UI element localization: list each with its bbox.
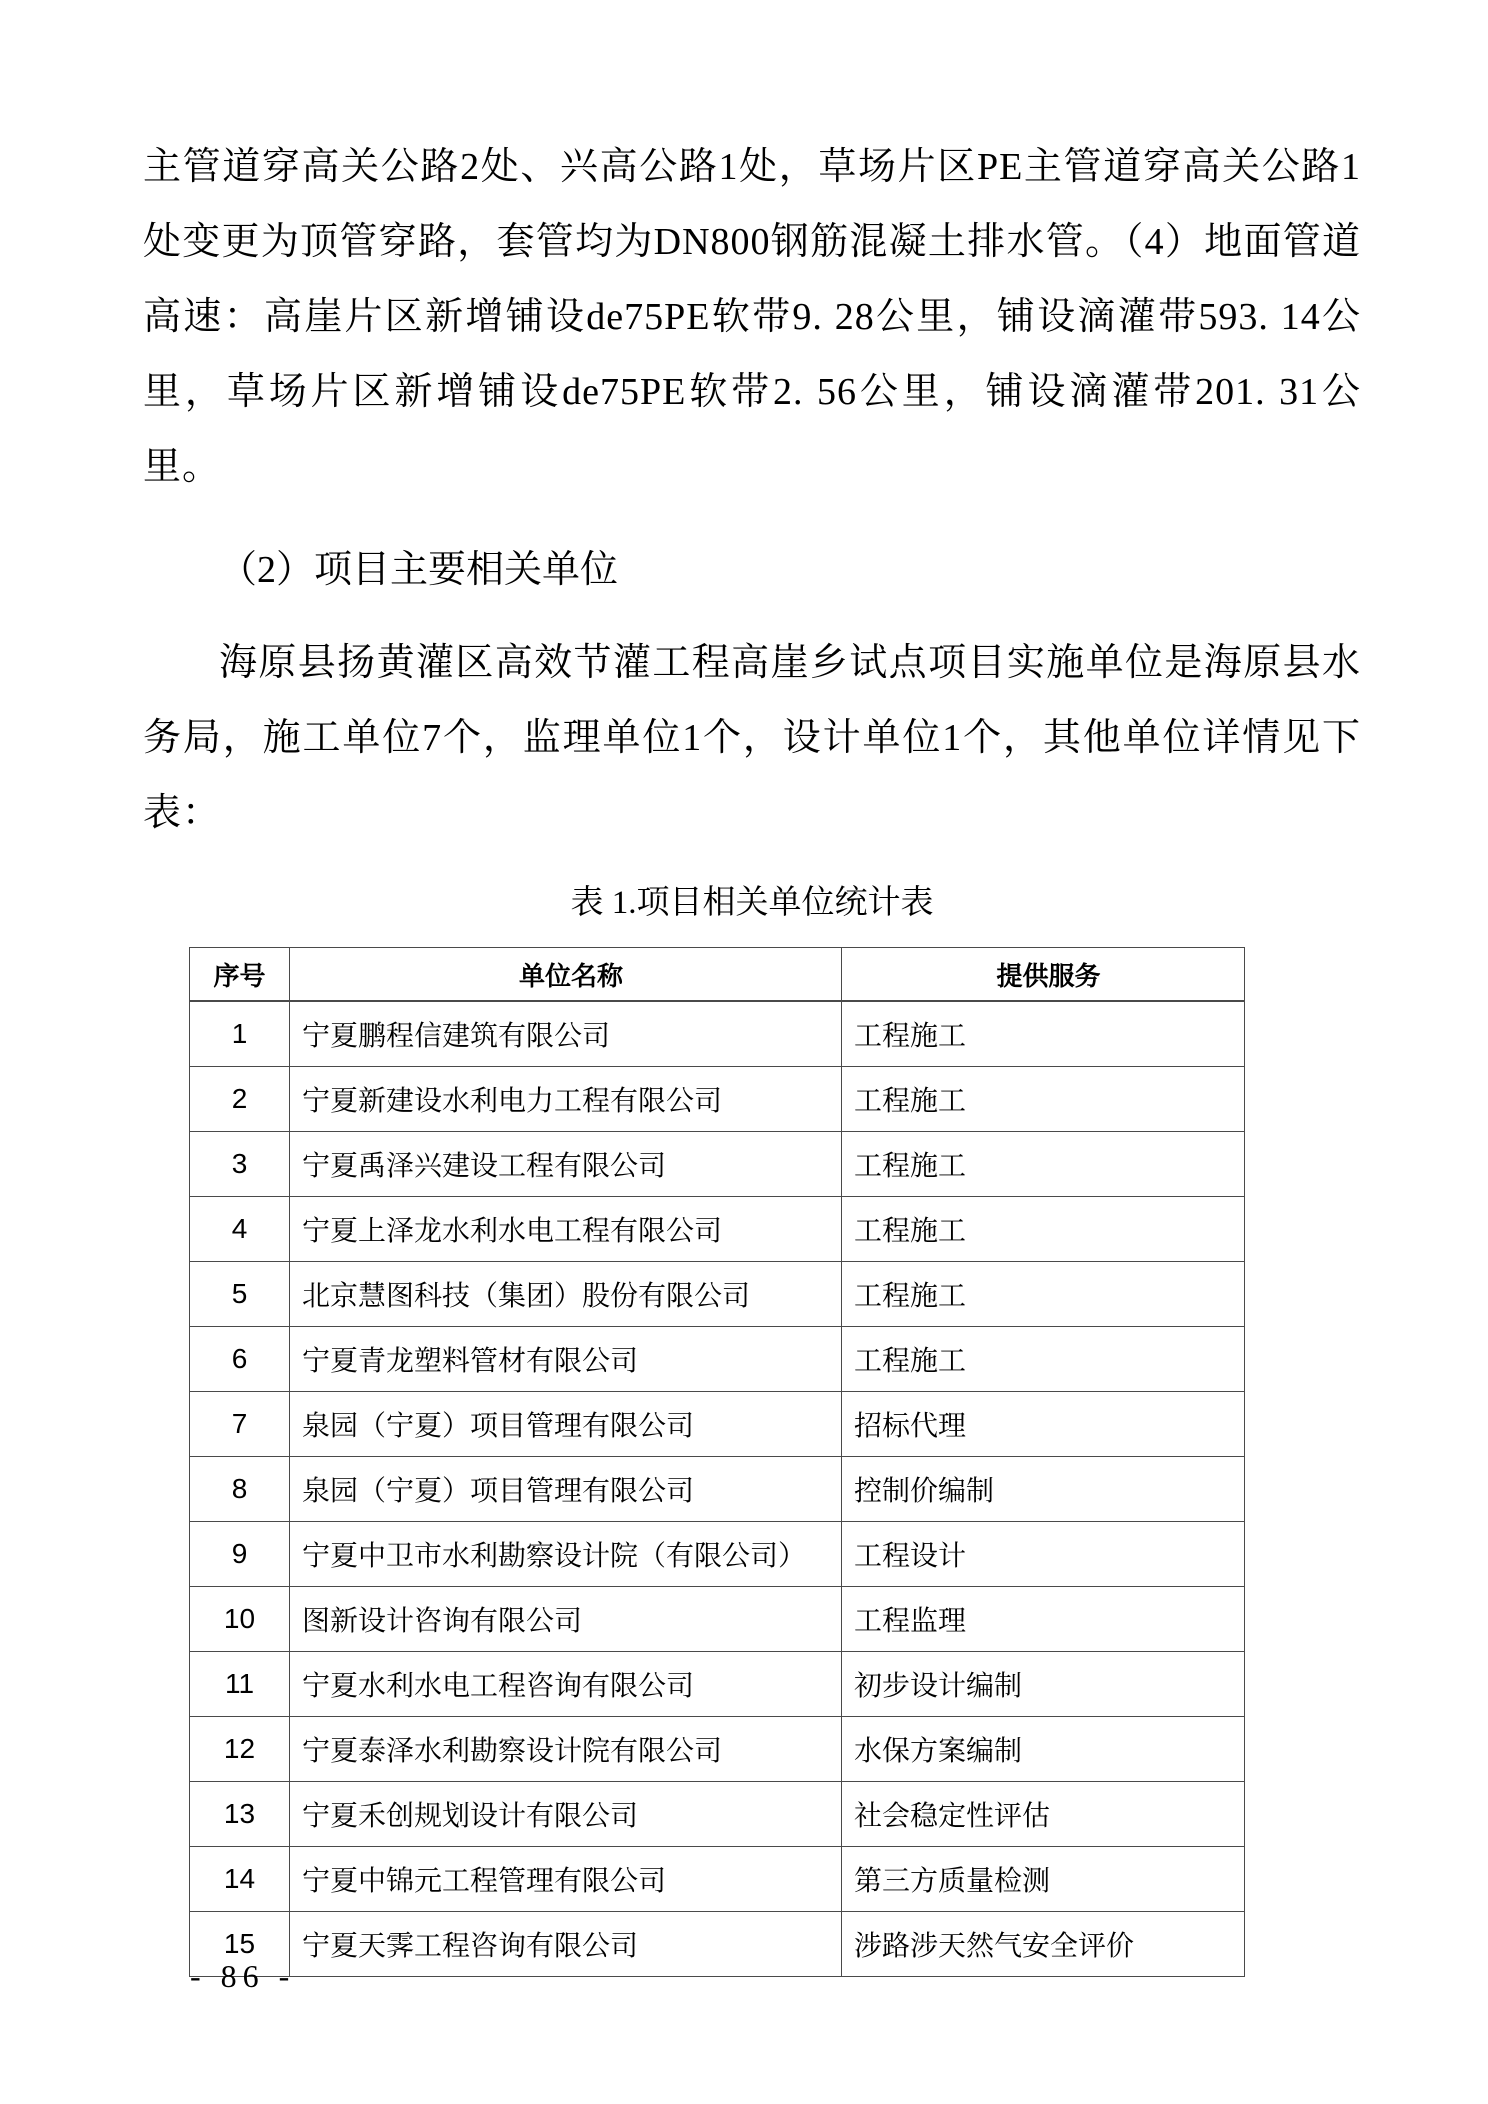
page-number: - 86 - bbox=[190, 1958, 295, 1995]
table-row: 4宁夏上泽龙水利水电工程有限公司工程施工 bbox=[190, 1197, 1245, 1262]
table-row: 15宁夏天霁工程咨询有限公司涉路涉天然气安全评价 bbox=[190, 1912, 1245, 1977]
row-serial-number: 11 bbox=[190, 1652, 290, 1717]
row-service-provided: 涉路涉天然气安全评价 bbox=[842, 1912, 1245, 1977]
row-service-provided: 工程施工 bbox=[842, 1132, 1245, 1197]
table-row: 6宁夏青龙塑料管材有限公司工程施工 bbox=[190, 1327, 1245, 1392]
row-unit-name: 宁夏鹏程信建筑有限公司 bbox=[290, 1001, 842, 1067]
paragraph-project-units: 海原县扬黄灌区高效节灌工程高崖乡试点项目实施单位是海原县水务局，施工单位7个，监… bbox=[143, 626, 1361, 851]
header-row: 序号 单位名称 提供服务 bbox=[190, 948, 1245, 1002]
row-service-provided: 工程施工 bbox=[842, 1067, 1245, 1132]
row-unit-name: 宁夏天霁工程咨询有限公司 bbox=[290, 1912, 842, 1977]
row-serial-number: 6 bbox=[190, 1327, 290, 1392]
row-serial-number: 8 bbox=[190, 1457, 290, 1522]
table-row: 7泉园（宁夏）项目管理有限公司招标代理 bbox=[190, 1392, 1245, 1457]
row-serial-number: 14 bbox=[190, 1847, 290, 1912]
header-service-provided: 提供服务 bbox=[842, 948, 1245, 1002]
table-row: 13宁夏禾创规划设计有限公司社会稳定性评估 bbox=[190, 1782, 1245, 1847]
document-page: 主管道穿高关公路2处、兴高公路1处，草场片区PE主管道穿高关公路1处变更为顶管穿… bbox=[0, 0, 1488, 2104]
row-serial-number: 9 bbox=[190, 1522, 290, 1587]
row-unit-name: 图新设计咨询有限公司 bbox=[290, 1587, 842, 1652]
row-serial-number: 13 bbox=[190, 1782, 290, 1847]
table-row: 12宁夏泰泽水利勘察设计院有限公司水保方案编制 bbox=[190, 1717, 1245, 1782]
row-service-provided: 工程监理 bbox=[842, 1587, 1245, 1652]
row-serial-number: 7 bbox=[190, 1392, 290, 1457]
row-unit-name: 宁夏泰泽水利勘察设计院有限公司 bbox=[290, 1717, 842, 1782]
row-unit-name: 宁夏青龙塑料管材有限公司 bbox=[290, 1327, 842, 1392]
row-service-provided: 初步设计编制 bbox=[842, 1652, 1245, 1717]
row-service-provided: 工程施工 bbox=[842, 1262, 1245, 1327]
row-service-provided: 工程设计 bbox=[842, 1522, 1245, 1587]
row-unit-name: 泉园（宁夏）项目管理有限公司 bbox=[290, 1392, 842, 1457]
row-service-provided: 社会稳定性评估 bbox=[842, 1782, 1245, 1847]
row-service-provided: 招标代理 bbox=[842, 1392, 1245, 1457]
row-unit-name: 宁夏禹泽兴建设工程有限公司 bbox=[290, 1132, 842, 1197]
table-row: 10图新设计咨询有限公司工程监理 bbox=[190, 1587, 1245, 1652]
table-row: 3宁夏禹泽兴建设工程有限公司工程施工 bbox=[190, 1132, 1245, 1197]
table-row: 2宁夏新建设水利电力工程有限公司工程施工 bbox=[190, 1067, 1245, 1132]
row-serial-number: 12 bbox=[190, 1717, 290, 1782]
row-unit-name: 北京慧图科技（集团）股份有限公司 bbox=[290, 1262, 842, 1327]
header-unit-name: 单位名称 bbox=[290, 948, 842, 1002]
table-row: 11宁夏水利水电工程咨询有限公司初步设计编制 bbox=[190, 1652, 1245, 1717]
row-serial-number: 5 bbox=[190, 1262, 290, 1327]
row-unit-name: 宁夏上泽龙水利水电工程有限公司 bbox=[290, 1197, 842, 1262]
row-service-provided: 水保方案编制 bbox=[842, 1717, 1245, 1782]
row-unit-name: 宁夏中卫市水利勘察设计院（有限公司） bbox=[290, 1522, 842, 1587]
row-service-provided: 工程施工 bbox=[842, 1197, 1245, 1262]
row-service-provided: 工程施工 bbox=[842, 1327, 1245, 1392]
row-serial-number: 2 bbox=[190, 1067, 290, 1132]
row-unit-name: 宁夏新建设水利电力工程有限公司 bbox=[290, 1067, 842, 1132]
section-heading: （2）项目主要相关单位 bbox=[143, 533, 1361, 608]
row-unit-name: 宁夏水利水电工程咨询有限公司 bbox=[290, 1652, 842, 1717]
units-table-body: 1宁夏鹏程信建筑有限公司工程施工2宁夏新建设水利电力工程有限公司工程施工3宁夏禹… bbox=[190, 1001, 1245, 1977]
row-serial-number: 1 bbox=[190, 1001, 290, 1067]
row-service-provided: 工程施工 bbox=[842, 1001, 1245, 1067]
row-service-provided: 第三方质量检测 bbox=[842, 1847, 1245, 1912]
table-row: 14宁夏中锦元工程管理有限公司第三方质量检测 bbox=[190, 1847, 1245, 1912]
row-serial-number: 4 bbox=[190, 1197, 290, 1262]
document-content: 主管道穿高关公路2处、兴高公路1处，草场片区PE主管道穿高关公路1处变更为顶管穿… bbox=[143, 130, 1361, 1977]
paragraph-pipeline-details: 主管道穿高关公路2处、兴高公路1处，草场片区PE主管道穿高关公路1处变更为顶管穿… bbox=[143, 130, 1361, 505]
table-row: 1宁夏鹏程信建筑有限公司工程施工 bbox=[190, 1001, 1245, 1067]
row-unit-name: 泉园（宁夏）项目管理有限公司 bbox=[290, 1457, 842, 1522]
units-table: 序号 单位名称 提供服务 1宁夏鹏程信建筑有限公司工程施工2宁夏新建设水利电力工… bbox=[189, 947, 1245, 1977]
units-table-header: 序号 单位名称 提供服务 bbox=[190, 948, 1245, 1002]
row-serial-number: 10 bbox=[190, 1587, 290, 1652]
row-serial-number: 3 bbox=[190, 1132, 290, 1197]
row-unit-name: 宁夏中锦元工程管理有限公司 bbox=[290, 1847, 842, 1912]
header-serial-number: 序号 bbox=[190, 948, 290, 1002]
table-caption: 表 1.项目相关单位统计表 bbox=[143, 881, 1361, 925]
row-unit-name: 宁夏禾创规划设计有限公司 bbox=[290, 1782, 842, 1847]
table-row: 5北京慧图科技（集团）股份有限公司工程施工 bbox=[190, 1262, 1245, 1327]
row-service-provided: 控制价编制 bbox=[842, 1457, 1245, 1522]
table-row: 9宁夏中卫市水利勘察设计院（有限公司）工程设计 bbox=[190, 1522, 1245, 1587]
table-row: 8泉园（宁夏）项目管理有限公司控制价编制 bbox=[190, 1457, 1245, 1522]
